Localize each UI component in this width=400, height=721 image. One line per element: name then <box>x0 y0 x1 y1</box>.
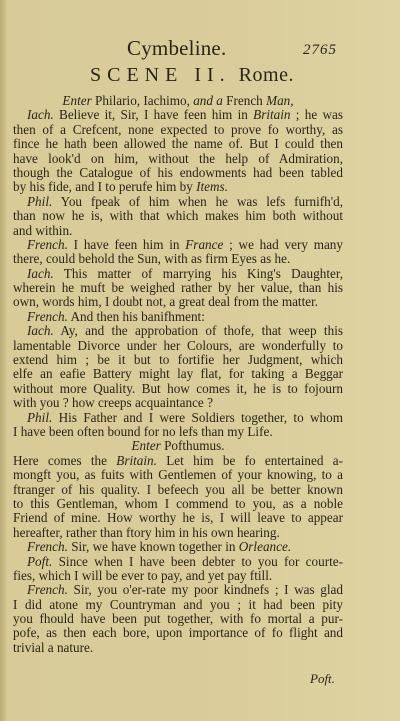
text-line: Enter Philario, Iachimo, and a French Ma… <box>13 94 343 108</box>
running-title: Cymbeline. <box>127 36 226 61</box>
italic-text: France <box>185 237 223 252</box>
page-number: 2765 <box>303 42 337 59</box>
text-run: His Father and I were Soldiers together,… <box>52 410 343 425</box>
scene-place: Rome. <box>239 64 294 86</box>
text-line: Iach. This matter of marrying his King's… <box>13 267 343 281</box>
text-line: wherein he muft be weighed rather by her… <box>13 281 343 295</box>
text-run: Friend of mine. How worthy he is, I will… <box>13 510 343 525</box>
italic-text: Enter <box>131 438 160 453</box>
text-run: then of a Crefcent, none expected to pro… <box>13 122 343 137</box>
italic-text: Enter <box>62 93 91 108</box>
text-run: pofe, as then each bore, upon importance… <box>13 625 343 640</box>
text-run: ; we had very many <box>223 237 343 252</box>
text-line: French. Sir, we have known together in O… <box>13 540 343 554</box>
text-run: though the Catalogue of his endowments h… <box>13 165 343 180</box>
play-text: Enter Philario, Iachimo, and a French Ma… <box>13 94 343 655</box>
text-line: by his fide, and I to perufe him by Item… <box>13 180 343 194</box>
text-line: Phil. You fpeak of him when he was lefs … <box>13 195 343 209</box>
text-line: to this Gentleman, whom I commend to you… <box>13 497 343 511</box>
running-head: Cymbeline. 2765 <box>0 36 400 60</box>
text-line: own, words him, I doubt not, a great dea… <box>13 295 343 309</box>
text-line: there, could behold the Sun, with as fir… <box>13 252 343 266</box>
text-run: own, words him, I doubt not, a great dea… <box>13 294 318 309</box>
text-line: then of a Crefcent, none expected to pro… <box>13 123 343 137</box>
italic-text: Britain. <box>116 453 157 468</box>
text-line: hereafter, rather than ftory him in his … <box>13 526 343 540</box>
text-run: by his fide, and I to perufe him by <box>13 179 196 194</box>
text-run: there, could behold the Sun, with as fir… <box>13 251 290 266</box>
text-run: and within. <box>13 223 72 238</box>
text-line: pofe, as then each bore, upon importance… <box>13 626 343 640</box>
italic-text: Items. <box>196 179 228 194</box>
text-run: I have been often bound for no lefs than… <box>13 424 273 439</box>
text-line: fince he hath been allowed the name of. … <box>13 137 343 151</box>
text-line: extend him ; be it but to fortifie her J… <box>13 353 343 367</box>
italic-text: and a <box>193 93 223 108</box>
text-line: fies, which I will be ever to pay, and y… <box>13 569 343 583</box>
text-line: Phil. His Father and I were Soldiers tog… <box>13 411 343 425</box>
italic-text: Phil. <box>27 194 52 209</box>
text-line: and within. <box>13 224 343 238</box>
catchword: Poft. <box>310 671 335 687</box>
text-run: wherein he muft be weighed rather by her… <box>13 280 343 295</box>
text-run: Sir, we have known together in <box>68 539 239 554</box>
text-run: without more Quality. But how comes it, … <box>13 381 343 396</box>
italic-text: Iach. <box>27 323 54 338</box>
text-line: mongft you, as fuits with Gentlemen of y… <box>13 468 343 482</box>
text-run: you fhould have been put together, with … <box>13 611 343 626</box>
italic-text: Poft. <box>27 554 52 569</box>
text-run: I did atone my Countryman and you ; it h… <box>13 597 343 612</box>
text-run: Here comes the <box>13 453 116 468</box>
text-line: French. I have feen him in France ; we h… <box>13 238 343 252</box>
italic-text: Man, <box>266 93 293 108</box>
text-run: Let him be fo entertained a- <box>157 453 343 468</box>
text-line: French. And then his banifhment: <box>13 310 343 324</box>
text-run: Since when I have been debter to you for… <box>52 554 343 569</box>
page-gutter <box>0 0 6 721</box>
scene-heading: SCENE II.Rome. <box>90 64 294 87</box>
text-line: ftranger of his quality. I befeech you a… <box>13 483 343 497</box>
text-run: ftranger of his quality. I befeech you a… <box>13 482 343 497</box>
text-run: And then his banifhment: <box>68 309 205 324</box>
text-run: extend him ; be it but to fortifie her J… <box>13 352 343 367</box>
text-run: fies, which I will be ever to pay, and y… <box>13 568 272 583</box>
text-line: you fhould have been put together, with … <box>13 612 343 626</box>
text-line: Iach. Ay, and the approbation of thofe, … <box>13 324 343 338</box>
text-run: Believe it, Sir, I have feen him in <box>54 107 253 122</box>
text-run: I have feen him in <box>68 237 185 252</box>
italic-text: Phil. <box>27 410 52 425</box>
text-run: ; he was <box>291 107 343 122</box>
italic-text: Iach. <box>27 107 54 122</box>
text-line: Friend of mine. How worthy he is, I will… <box>13 511 343 525</box>
italic-text: French. <box>27 539 68 554</box>
text-line: elfe an eafie Battery might lay flat, fo… <box>13 367 343 381</box>
italic-text: Orleance. <box>239 539 291 554</box>
text-run: You fpeak of him when he was lefs furnif… <box>52 194 343 209</box>
text-run: This matter of marrying his King's Daugh… <box>54 266 343 281</box>
text-run: than now he is, with that which makes hi… <box>13 208 343 223</box>
text-line: have look'd on him, without the help of … <box>13 152 343 166</box>
text-line: Poft. Since when I have been debter to y… <box>13 555 343 569</box>
text-run: Sir, you o'er-rate my poor kindnefs ; I … <box>68 582 343 597</box>
text-run: hereafter, rather than ftory him in his … <box>13 525 280 540</box>
text-run: have look'd on him, without the help of … <box>13 151 343 166</box>
scene-label: SCENE II. <box>90 64 231 86</box>
italic-text: French. <box>27 237 68 252</box>
text-line: without more Quality. But how comes it, … <box>13 382 343 396</box>
text-run: trivial a nature. <box>13 640 93 655</box>
text-run: mongft you, as fuits with Gentlemen of y… <box>13 467 343 482</box>
italic-text: French. <box>27 309 68 324</box>
text-run: Ay, and the approbation of thofe, that w… <box>54 323 343 338</box>
text-line: Here comes the Britain. Let him be fo en… <box>13 454 343 468</box>
text-run: French <box>223 93 266 108</box>
text-run: Philario, Iachimo, <box>92 93 193 108</box>
text-run: lamentable Divorce under her Colours, ar… <box>13 338 343 353</box>
text-line: with you ? how creeps acquaintance ? <box>13 396 343 410</box>
text-line: Iach. Believe it, Sir, I have feen him i… <box>13 108 343 122</box>
text-line: trivial a nature. <box>13 641 343 655</box>
text-line: lamentable Divorce under her Colours, ar… <box>13 339 343 353</box>
text-run: to this Gentleman, whom I commend to you… <box>13 496 343 511</box>
text-run: elfe an eafie Battery might lay flat, fo… <box>13 366 343 381</box>
text-line: than now he is, with that which makes hi… <box>13 209 343 223</box>
italic-text: French. <box>27 582 68 597</box>
text-run: Pofthumus. <box>161 438 225 453</box>
text-line: Enter Pofthumus. <box>13 439 343 453</box>
text-line: French. Sir, you o'er-rate my poor kindn… <box>13 583 343 597</box>
italic-text: Britain <box>253 107 290 122</box>
italic-text: Iach. <box>27 266 54 281</box>
text-line: though the Catalogue of his endowments h… <box>13 166 343 180</box>
text-run: fince he hath been allowed the name of. … <box>13 136 343 151</box>
book-page: Cymbeline. 2765 SCENE II.Rome. Enter Phi… <box>0 0 400 721</box>
text-line: I have been often bound for no lefs than… <box>13 425 343 439</box>
text-line: I did atone my Countryman and you ; it h… <box>13 598 343 612</box>
text-run: with you ? how creeps acquaintance ? <box>13 395 213 410</box>
